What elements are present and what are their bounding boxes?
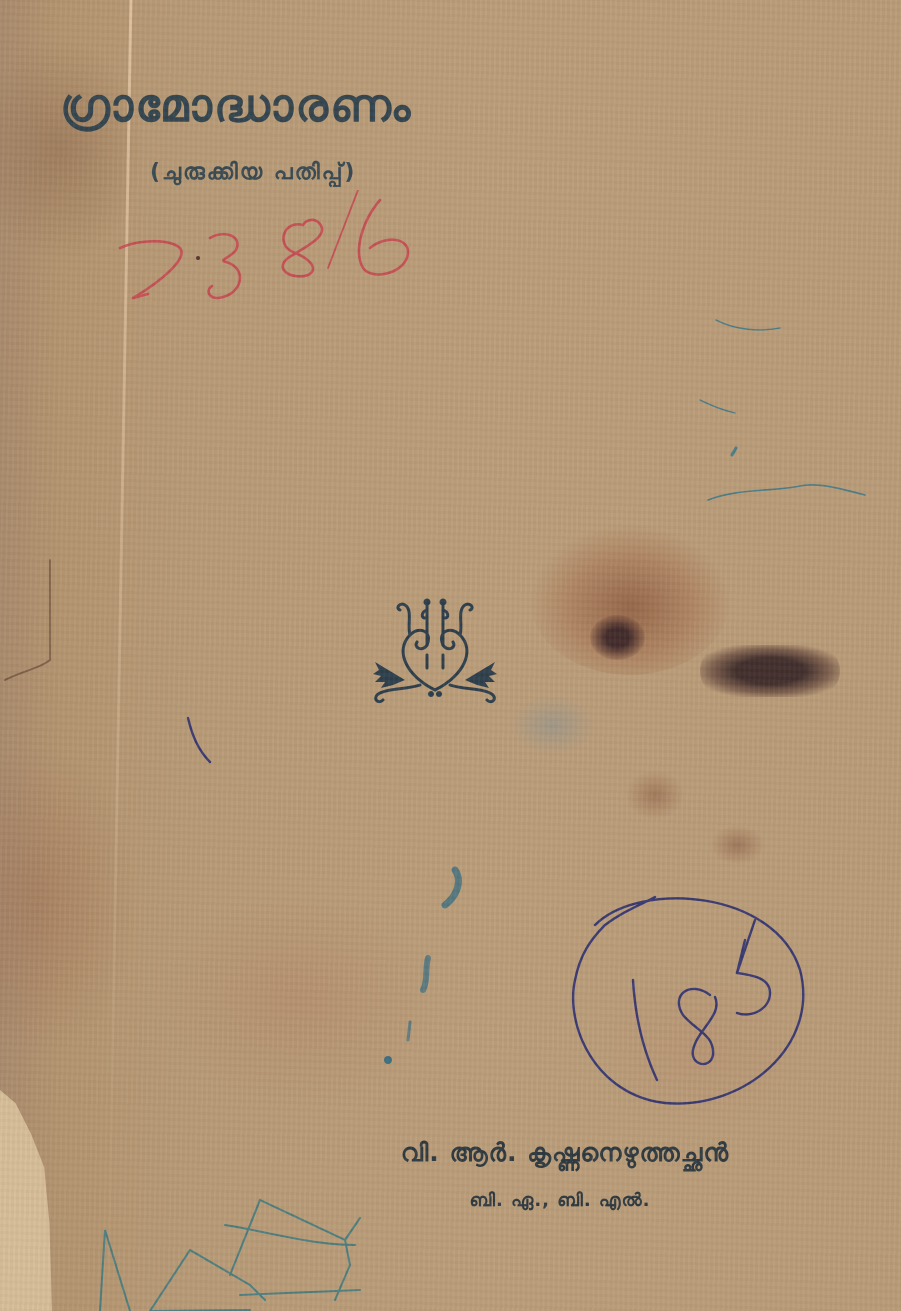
accession-number-red-ink (108, 190, 428, 310)
author-name: വി. ആർ. കൃഷ്ണനെഴുത്തച്ഛൻ (310, 1138, 820, 1168)
floral-lyre-ornament-icon (365, 590, 505, 705)
brown-spot (625, 770, 685, 820)
book-title: ഗ്രാമോദ്ധാരണം (60, 78, 620, 134)
teal-pen-doodle (90, 1190, 380, 1311)
dark-smear (700, 645, 840, 697)
shelf-number-circled (565, 885, 815, 1115)
book-cover: ഗ്രാമോദ്ധാരണം (ചുരുക്കിയ പതിപ്പ്) (0, 0, 901, 1311)
faded-blue-stain (510, 695, 595, 755)
book-subtitle: (ചുരുക്കിയ പതിപ്പ്) (150, 160, 356, 185)
dark-burn-spot (590, 615, 645, 660)
brown-spot (710, 825, 765, 865)
torn-corner (0, 1090, 52, 1311)
brown-stain (530, 525, 730, 675)
author-credentials: ബി. ഏ., ബി. എൽ. (410, 1190, 710, 1211)
